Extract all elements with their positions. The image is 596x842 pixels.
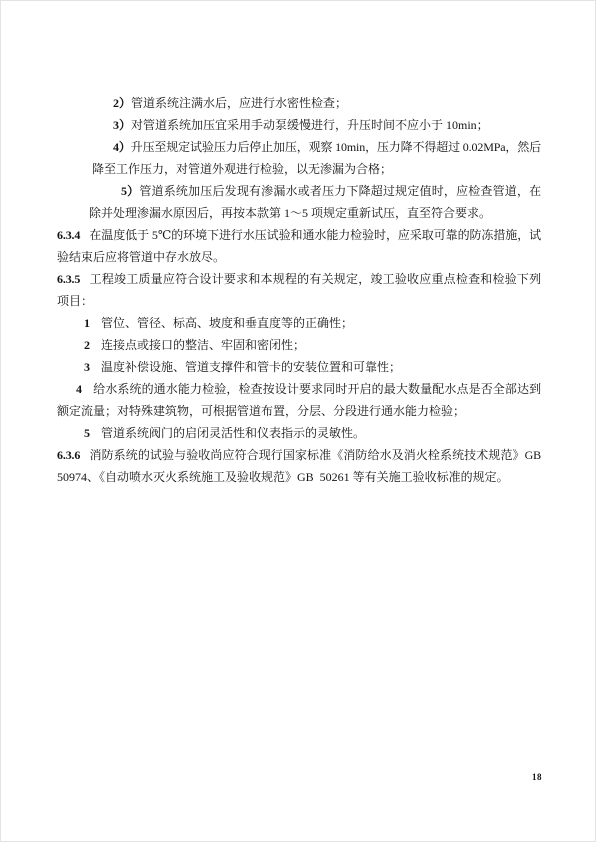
document-body: 2）管道系统注满水后，应进行水密性检查；3）对管道系统加压宜采用手动泵缓慢进行，… <box>57 92 541 488</box>
clause-text: 额定流量；对特殊建筑物，可根据管道布置，分层、分段进行通水能力检验； <box>57 404 465 418</box>
document-line: 3温度补偿设施、管道支撑件和管卡的安装位置和可靠性； <box>57 356 541 378</box>
document-line: 除并处理渗漏水原因后，再按本款第 1～5 项规定重新试压，直至符合要求。 <box>57 202 541 224</box>
document-line: 5管道系统阀门的启闭灵活性和仪表指示的灵敏性。 <box>57 422 541 444</box>
clause-text: 除并处理渗漏水原因后，再按本款第 1～5 项规定重新试压，直至符合要求。 <box>89 206 491 220</box>
clause-text: 在温度低于 5℃的环境下进行水压试验和通水能力检验时，应采取可靠的防冻措施，试 <box>89 228 541 242</box>
document-line: 降至工作压力，对管道外观进行检验，以无渗漏为合格； <box>57 158 541 180</box>
clause-text: 连接点或接口的整洁、牢固和密闭性； <box>101 338 305 352</box>
clause-number: 3） <box>113 118 131 132</box>
document-line: 2）管道系统注满水后，应进行水密性检查； <box>57 92 541 114</box>
document-line: 验结束后应将管道中存水放尽。 <box>57 246 541 268</box>
clause-text: 管道系统阀门的启闭灵活性和仪表指示的灵敏性。 <box>101 426 365 440</box>
clause-text: 项目： <box>57 294 93 308</box>
clause-text: 50974、《自动喷水灭火系统施工及验收规范》GB 50261 等有关施工验收标… <box>57 470 509 484</box>
clause-number: 5） <box>121 184 139 198</box>
document-line: 6.3.4在温度低于 5℃的环境下进行水压试验和通水能力检验时，应采取可靠的防冻… <box>57 224 541 246</box>
clause-text: 降至工作压力，对管道外观进行检验，以无渗漏为合格； <box>92 162 392 176</box>
clause-text: 给水系统的通水能力检验，检查按设计要求同时开启的最大数量配水点是否全部达到 <box>93 382 541 396</box>
clause-text: 对管道系统加压宜采用手动泵缓慢进行，升压时间不应小于 10min； <box>131 118 489 132</box>
document-line: 6.3.6消防系统的试验与验收尚应符合现行国家标准《消防给水及消火栓系统技术规范… <box>57 444 541 466</box>
clause-number: 4） <box>113 140 131 154</box>
document-line: 项目： <box>57 290 541 312</box>
clause-text: 升压至规定试验压力后停止加压，观察 10min，压力降不得超过 0.02MPa，… <box>131 140 541 154</box>
clause-number: 6.3.5 <box>57 272 80 286</box>
document-page: 2）管道系统注满水后，应进行水密性检查；3）对管道系统加压宜采用手动泵缓慢进行，… <box>0 0 596 842</box>
document-line: 1管位、管径、标高、坡度和垂直度等的正确性； <box>57 312 541 334</box>
clause-text: 工程竣工质量应符合设计要求和本规程的有关规定，竣工验收应重点检查和检验下列 <box>89 272 541 286</box>
document-line: 50974、《自动喷水灭火系统施工及验收规范》GB 50261 等有关施工验收标… <box>57 466 541 488</box>
clause-text: 管道系统注满水后，应进行水密性检查； <box>131 96 347 110</box>
clause-number: 3 <box>84 360 90 374</box>
clause-number: 2 <box>84 338 90 352</box>
clause-number: 6.3.4 <box>57 228 80 242</box>
document-line: 4给水系统的通水能力检验，检查按设计要求同时开启的最大数量配水点是否全部达到 <box>57 378 541 400</box>
clause-text: 管道系统加压后发现有渗漏水或者压力下降超过规定值时，应检查管道，在排 <box>121 184 541 202</box>
document-line: 2连接点或接口的整洁、牢固和密闭性； <box>57 334 541 356</box>
clause-text: 管位、管径、标高、坡度和垂直度等的正确性； <box>101 316 353 330</box>
document-line: 额定流量；对特殊建筑物，可根据管道布置，分层、分段进行通水能力检验； <box>57 400 541 422</box>
clause-number: 1 <box>84 316 90 330</box>
document-line: 6.3.5工程竣工质量应符合设计要求和本规程的有关规定，竣工验收应重点检查和检验… <box>57 268 541 290</box>
clause-number: 6.3.6 <box>57 448 80 462</box>
document-line: 3）对管道系统加压宜采用手动泵缓慢进行，升压时间不应小于 10min； <box>57 114 541 136</box>
clause-text: 温度补偿设施、管道支撑件和管卡的安装位置和可靠性； <box>101 360 401 374</box>
document-line: 4）升压至规定试验压力后停止加压，观察 10min，压力降不得超过 0.02MP… <box>57 136 541 158</box>
clause-number: 4 <box>76 382 82 396</box>
clause-number: 5 <box>84 426 90 440</box>
document-line: 5）管道系统加压后发现有渗漏水或者压力下降超过规定值时，应检查管道，在排 <box>57 180 541 202</box>
clause-text: 验结束后应将管道中存水放尽。 <box>57 250 225 264</box>
clause-number: 2） <box>113 96 131 110</box>
page-number: 18 <box>532 772 542 782</box>
clause-text: 消防系统的试验与验收尚应符合现行国家标准《消防给水及消火栓系统技术规范》GB <box>89 448 541 462</box>
